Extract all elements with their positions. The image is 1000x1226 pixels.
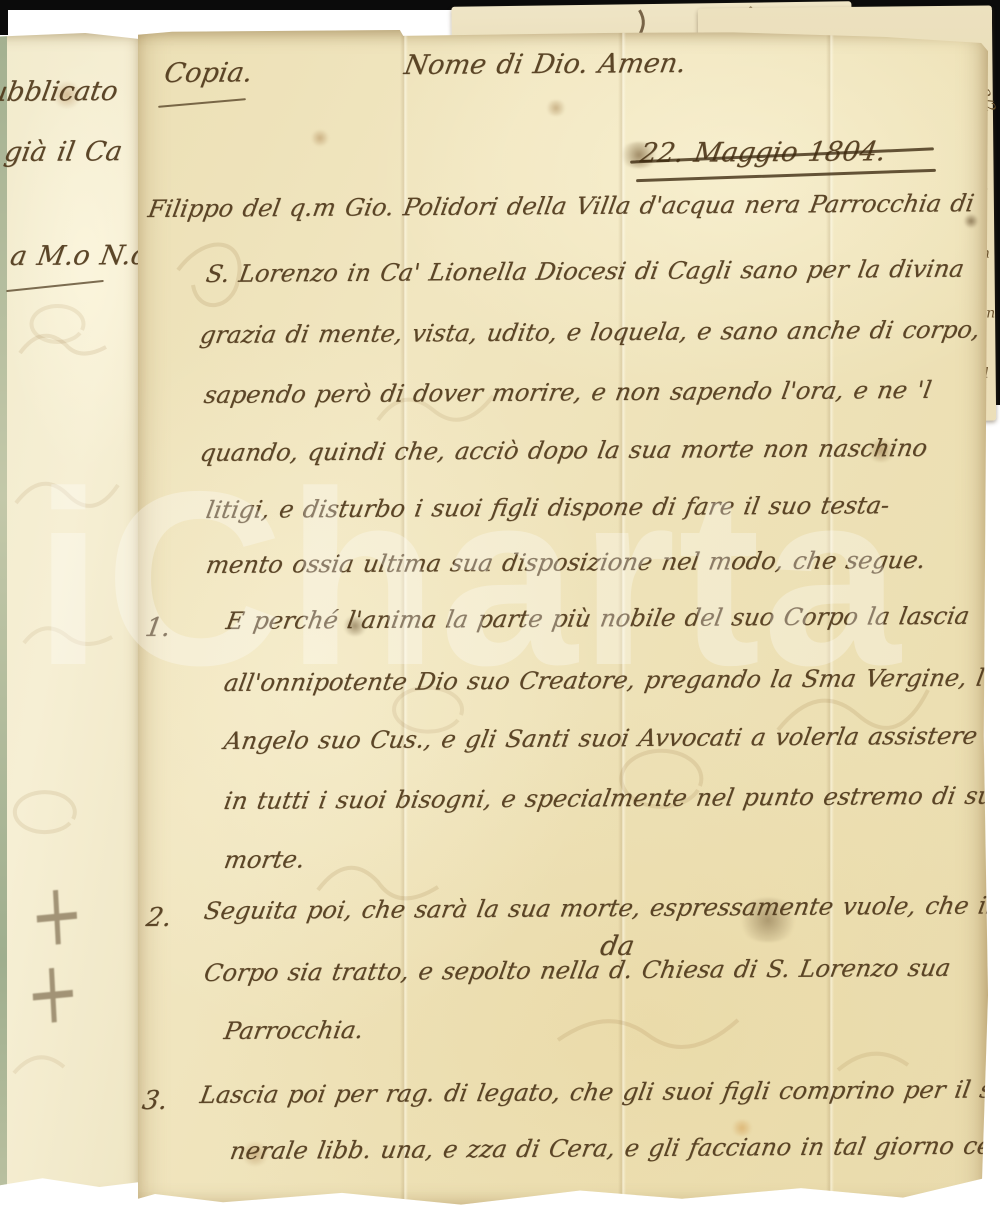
scanner-edge-left (0, 0, 8, 35)
item-line: all'onnipotente Dio suo Creatore, pregan… (222, 664, 988, 697)
copy-label: Copia. (162, 57, 255, 89)
item-number: 2. (144, 903, 174, 933)
invocation-heading: Nome di Dio. Amen. (402, 48, 688, 81)
fragment-line: a M.o N.o (8, 240, 142, 272)
strikethrough-line (636, 169, 936, 182)
item-number: 3. (140, 1086, 170, 1116)
item-line: Lascia poi per rag. di legato, che gli s… (198, 1075, 988, 1109)
item-line: nerale libb. una, e zza di Cera, e gli f… (228, 1131, 988, 1165)
item-line: E perché l'anima la parte più nobile del… (224, 602, 972, 635)
body-line: litigi, e disturbo i suoi figli dispone … (204, 491, 892, 524)
superscript-insertion: da (598, 931, 637, 962)
struck-date: 22. Maggio 1804. (638, 136, 888, 169)
item-line: Parrocchia. (222, 1016, 366, 1045)
fragment-line: già il Ca (2, 136, 125, 168)
item-line: Seguita poi, che sarà la sua morte, espr… (202, 891, 988, 925)
item-number: 1. (143, 613, 173, 643)
underline-flourish (158, 98, 246, 108)
item-line: Corpo sia tratto, e sepolto nella d. Chi… (202, 954, 953, 987)
body-line: Filippo del q.m Gio. Polidori della Vill… (146, 189, 976, 223)
cross-mark: + (23, 942, 82, 1047)
page-green-edge (0, 33, 7, 1191)
ink-stain (545, 100, 567, 116)
underline-flourish (6, 280, 104, 292)
ink-stain (310, 130, 330, 146)
item-line: Angelo suo Cus., e gli Santi suoi Avvoca… (222, 722, 979, 755)
underlying-page-fragment: pubblicato già il Ca a M.o N.o + + (0, 33, 142, 1191)
fragment-line: pubblicato (0, 76, 120, 108)
body-line: S. Lorenzo in Ca' Lionella Diocesi di Ca… (204, 255, 966, 288)
body-line: mento ossia ultima sua disposizione nel … (204, 546, 928, 579)
testament-manuscript-page: Copia. Nome di Dio. Amen. 22. Maggio 180… (138, 30, 988, 1207)
body-line: quando, quindi che, acciò dopo la sua mo… (198, 434, 929, 467)
body-line: grazia di mente, vista, udito, e loquela… (198, 316, 982, 349)
item-line: morte. (222, 845, 307, 874)
item-line: in tutti i suoi bisogni, e specialmente … (222, 782, 988, 815)
body-line: sapendo però di dover morire, e non sape… (202, 376, 934, 409)
